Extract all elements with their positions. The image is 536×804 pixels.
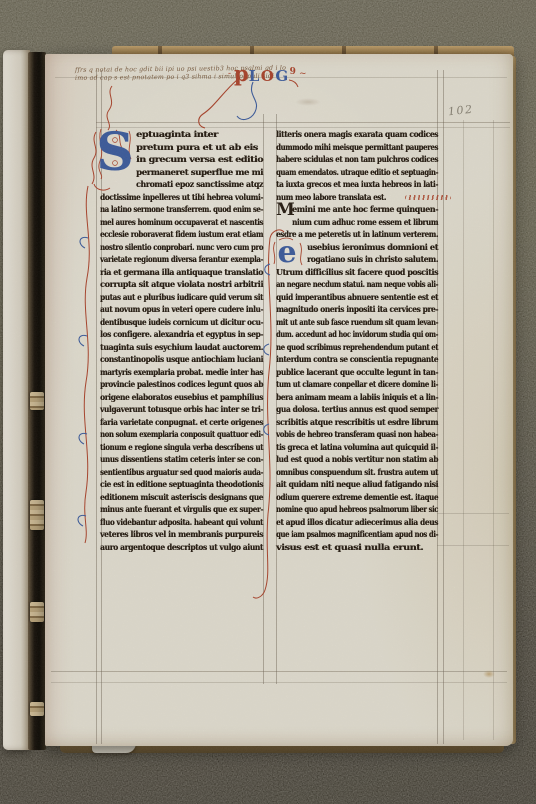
text-line: fluo videbantur adposita. habeant qui vo…: [100, 516, 263, 529]
text-line: omnibus conspuendum sit. frustra autem u…: [276, 466, 438, 479]
text-line: ria et germana illa antiquaque translati…: [100, 266, 263, 279]
line-filler-icon: [405, 195, 451, 200]
text-line: tionum e regione singula verba describen…: [100, 441, 263, 454]
text-line: doctissime inpelleres ut tibi hebrea vol…: [100, 191, 263, 204]
text-line: an negare necdum statui. nam neque vobis…: [276, 278, 438, 291]
text-line: tis greca et latina volumina aut quicqui…: [276, 441, 438, 454]
text-line: na latino sermone transferrem. quod enim…: [100, 203, 263, 216]
text-line: nium cum adhuc rome essem et librum: [276, 216, 438, 229]
text-line: martyris exemplaria probat. medie inter …: [100, 366, 263, 379]
text-line: non solum exemplaria conposuit quattuor …: [100, 428, 263, 441]
text-line: mel aures hominum occupaverat et nascent…: [100, 216, 263, 229]
text-line: Utrum difficilius sit facere quod poscit…: [276, 266, 438, 279]
text-line: faria varietate conpugnat. et certe orig…: [100, 416, 263, 429]
text-line: interdum contra se conscientia repugnant…: [276, 353, 438, 366]
text-line: in grecum versa est editio: [100, 153, 263, 166]
ruling-line: [493, 120, 494, 740]
text-line: sentientibus arguatur sed quod maioris a…: [100, 466, 263, 479]
text-line: esdre a me peteretis ut in latinum verte…: [276, 228, 438, 241]
ruling-line: [463, 120, 464, 740]
text-line: ait quidam niti neque aliud fatigando ni…: [276, 478, 438, 491]
text-line: quid imperantibus abnuere sententie est …: [276, 291, 438, 304]
text-line: tum ut clamare conpellar et dicere domin…: [276, 378, 438, 391]
text-line: origene elaboratos eusebius et pamphiliu…: [100, 391, 263, 404]
intercolumn-filigree-icon: [261, 204, 279, 604]
text-line: chromati epoz sanctissime atqz: [100, 178, 263, 191]
text-line: corrupta sit atque violata nostri arbitr…: [100, 278, 263, 291]
text-line: scribitis atque rescribitis ut esdre lib…: [276, 416, 438, 429]
sewing-stitch: [30, 500, 44, 530]
text-line: pretum pura et ut ab eis: [100, 141, 263, 154]
text-line: eptuaginta inter: [100, 128, 263, 141]
text-line: litteris onera magis exarata quam codice…: [276, 128, 438, 141]
text-line: tuaginta suis esychium laudat auctorem.: [100, 341, 263, 354]
text-line: varietate regionum diversa ferantur exem…: [100, 253, 263, 266]
text-column-right: M e litteris onera magis exarata quam co…: [276, 128, 438, 554]
text-line: mit ut ante sub fasce ruendum sit quam l…: [276, 316, 438, 329]
text-line: odium querere extreme dementie est. itaq…: [276, 491, 438, 504]
text-line: habere scidulas et non tam pulchros codi…: [276, 153, 438, 166]
manuscript-photo: ffrs q notai de hoc gdit bii ipi uo psi …: [0, 0, 536, 804]
text-line: num meo labore translata est.: [276, 191, 438, 204]
text-line: ta iuxta grecos et mea iuxta hebreos in …: [276, 178, 438, 191]
text-line: unus dissentiens statim ceteris inter se…: [100, 453, 263, 466]
text-line: vobis de hebreo transferam quasi non hab…: [276, 428, 438, 441]
text-line: los configere. alexandria et egyptus in …: [100, 328, 263, 341]
ruling-line: [51, 671, 507, 672]
text-line: nostro silentio conprobari. nunc vero cu…: [100, 241, 263, 254]
text-line: veteres libros vel in membranis purpurei…: [100, 528, 263, 541]
text-line: lud est quod a nobis vertitur non statim…: [276, 453, 438, 466]
text-line: bera animam meam a labiis iniquis et a l…: [276, 391, 438, 404]
folio-number: 102: [447, 103, 474, 119]
title-flourish-icon: [193, 72, 308, 136]
text-line: vulgaverunt totusque orbis hac inter se …: [100, 403, 263, 416]
text-line: magnitudo oneris inpositi ita cervices p…: [276, 303, 438, 316]
text-line: ne quod scribimus reprehendendum putant …: [276, 341, 438, 354]
facing-page-edge: [3, 50, 30, 750]
text-line: publice lacerant que occulte legunt in t…: [276, 366, 438, 379]
text-line: gua dolosa. tertius annus est quod sempe…: [276, 403, 438, 416]
ruling-line: [437, 513, 509, 514]
text-line: nomine quo apud hebreos psalmorum liber …: [276, 503, 438, 516]
stain: [483, 670, 495, 678]
text-line: editionem miscuit asteriscis designans q…: [100, 491, 263, 504]
text-line: dummodo mihi meisque permittant pauperes: [276, 141, 438, 154]
text-line: provincie palestinos codices legunt quos…: [100, 378, 263, 391]
text-line: permaneret superflue me mi: [100, 166, 263, 179]
sewing-stitch: [30, 702, 44, 716]
ruling-line: [51, 682, 507, 683]
text-line: constantinopolis usque antiochiam lucian…: [100, 353, 263, 366]
text-line: aut novum opus in veteri opere cudere in…: [100, 303, 263, 316]
text-line: auro argentoque descriptos ut vulgo aiun…: [100, 541, 263, 554]
ruling-line: [437, 545, 509, 546]
text-line: putas aut e pluribus iudicare quid verum…: [100, 291, 263, 304]
text-column-left: S eptuaginta interpretum pura et ut ab e…: [100, 128, 263, 554]
text-line: quam emendatos. utraque editio et septua…: [276, 166, 438, 179]
text-line: cie est in editione septuaginta theodoti…: [100, 478, 263, 491]
text-line: rogatiano suis in christo salutem.: [276, 253, 438, 266]
text-line: minus ante fuerant et virgulis que ex su…: [100, 503, 263, 516]
sewing-stitch: [30, 392, 44, 410]
text-line: dum. accedunt ad hoc invidorum studia qu…: [276, 328, 438, 341]
text-line: emini me ante hoc ferme quinquen-: [276, 203, 438, 216]
text-line: usebius ieronimus domnioni et: [276, 241, 438, 254]
text-line: visus est et quasi nulla erunt.: [276, 541, 438, 554]
text-line: ecclesie roboraverat fidem iustum erat e…: [100, 228, 263, 241]
text-line: dentibusque iudeis cornicum ut dicitur o…: [100, 316, 263, 329]
ruling-line: [443, 70, 444, 744]
text-line: que iam psalmos magnificentiam apud nos …: [276, 528, 438, 541]
margin-filigree-icon: [75, 186, 97, 544]
manuscript-page: ffrs q notai de hoc gdit bii ipi uo psi …: [45, 54, 513, 746]
sewing-stitch: [30, 602, 44, 622]
text-line: et apud illos dicatur adiecerimus alia d…: [276, 516, 438, 529]
